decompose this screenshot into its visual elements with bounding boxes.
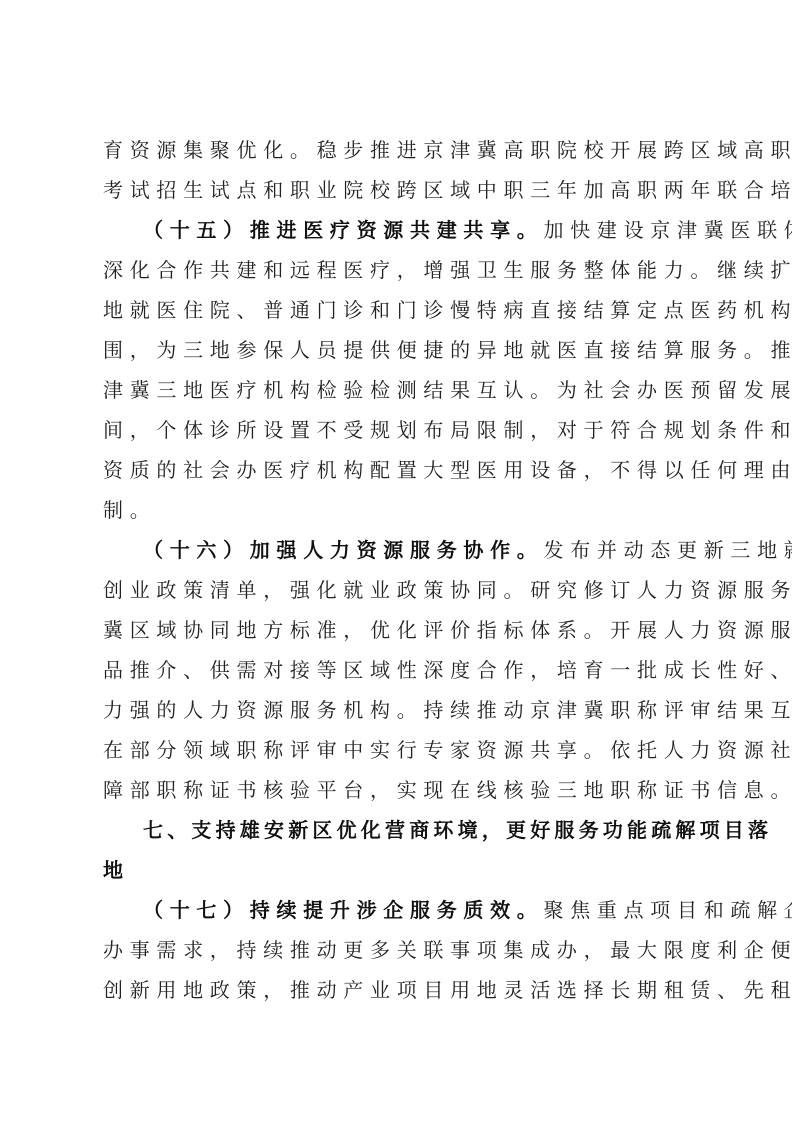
- body-line: 创业政策清单，强化就业政策协同。研究修订人力资源服务京津: [103, 570, 703, 610]
- section-17-title: （十七）持续提升涉企服务质效。: [143, 898, 544, 922]
- body-line: 办事需求，持续推动更多关联事项集成办，最大限度利企便民。: [103, 930, 703, 970]
- body-line: 制。: [103, 490, 703, 530]
- body-line: 品推介、供需对接等区域性深度合作，培育一批成长性好、竞争: [103, 650, 703, 690]
- body-line: 津冀三地医疗机构检验检测结果互认。为社会办医预留发展空: [103, 370, 703, 410]
- body-text: 发布并动态更新三地就业: [544, 538, 792, 562]
- body-line: 育资源集聚优化。稳步推进京津冀高职院校开展跨区域高职单独: [103, 130, 703, 170]
- body-line: 障部职称证书核验平台，实现在线核验三地职称证书信息。: [103, 770, 703, 810]
- chapter-7-heading: 七、支持雄安新区优化营商环境，更好服务功能疏解项目落: [103, 810, 703, 850]
- body-line: 冀区域协同地方标准，优化评价指标体系。开展人力资源服务产: [103, 610, 703, 650]
- body-line: 资质的社会办医疗机构配置大型医用设备，不得以任何理由限: [103, 450, 703, 490]
- chapter-7-heading-cont: 地: [103, 850, 703, 890]
- body-line: 在部分领域职称评审中实行专家资源共享。依托人力资源社会保: [103, 730, 703, 770]
- body-text: 聚焦重点项目和疏解企业: [544, 898, 792, 922]
- document-page: 育资源集聚优化。稳步推进京津冀高职院校开展跨区域高职单独 考试招生试点和职业院校…: [103, 130, 703, 1010]
- section-16-line: （十六）加强人力资源服务协作。发布并动态更新三地就业: [103, 530, 703, 570]
- section-16-title: （十六）加强人力资源服务协作。: [143, 538, 544, 562]
- section-15-title: （十五）推进医疗资源共建共享。: [143, 218, 544, 242]
- section-17-line: （十七）持续提升涉企服务质效。聚焦重点项目和疏解企业: [103, 890, 703, 930]
- body-text: 加快建设京津冀医联体，: [544, 218, 792, 242]
- body-line: 创新用地政策，推动产业项目用地灵活选择长期租赁、先租后: [103, 970, 703, 1010]
- body-line: 地就医住院、普通门诊和门诊慢特病直接结算定点医药机构范: [103, 290, 703, 330]
- body-line: 考试招生试点和职业院校跨区域中职三年加高职两年联合培养。: [103, 170, 703, 210]
- body-line: 力强的人力资源服务机构。持续推动京津冀职称评审结果互认，: [103, 690, 703, 730]
- body-line: 围，为三地参保人员提供便捷的异地就医直接结算服务。推动京: [103, 330, 703, 370]
- section-15-line: （十五）推进医疗资源共建共享。加快建设京津冀医联体，: [103, 210, 703, 250]
- body-line: 间，个体诊所设置不受规划布局限制，对于符合规划条件和准入: [103, 410, 703, 450]
- body-line: 深化合作共建和远程医疗，增强卫生服务整体能力。继续扩大异: [103, 250, 703, 290]
